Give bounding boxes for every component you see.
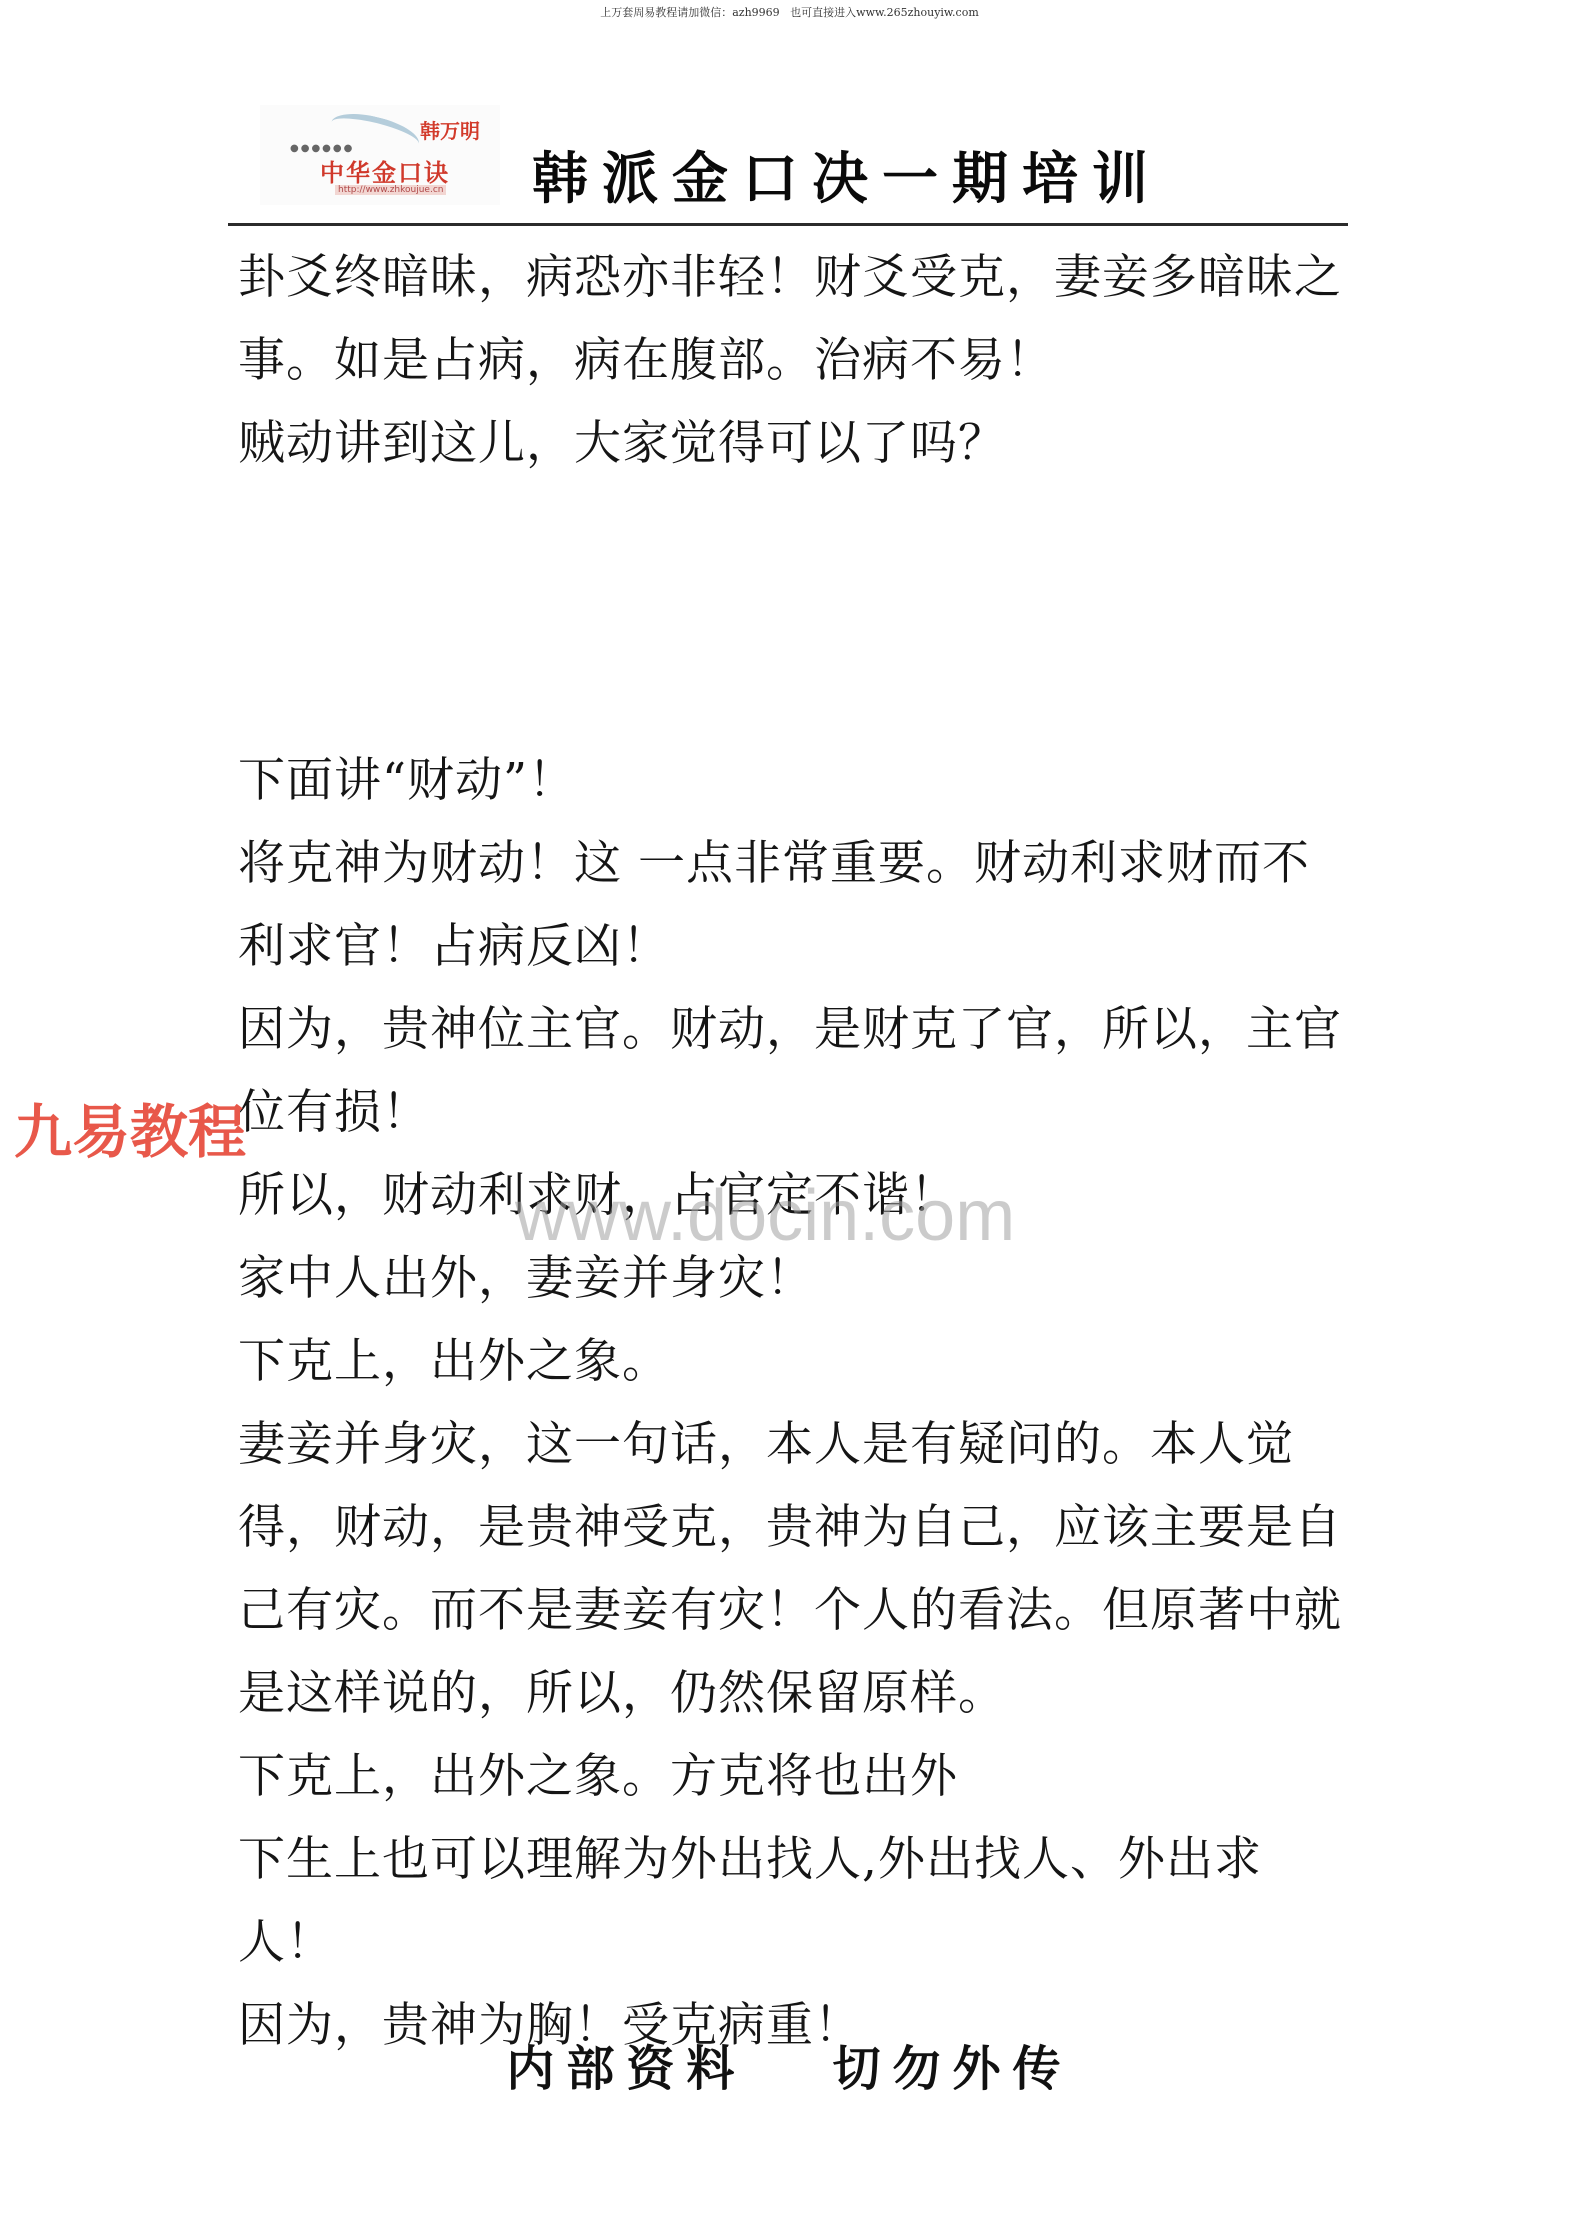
- logo: 韩万明 ●●●●●● 中华金口诀 http://www.zhkoujue.cn: [260, 105, 500, 205]
- paragraph: 卦爻终暗昧，病恐亦非轻！财爻受克，妻妾多暗昧之事。如是占病，病在腹部。治病不易！: [238, 236, 1353, 402]
- document-header: 韩万明 ●●●●●● 中华金口诀 http://www.zhkoujue.cn …: [230, 95, 1348, 220]
- paragraph: 妻妾并身灾，这一句话，本人是有疑问的。本人觉得，财动，是贵神受克，贵神为自己，应…: [238, 1403, 1353, 1735]
- jiuyi-watermark: 九易教程: [14, 1085, 246, 1169]
- logo-title: 中华金口诀: [320, 153, 450, 188]
- header-divider: [228, 223, 1348, 226]
- logo-author: 韩万明: [420, 115, 480, 144]
- document-body: 卦爻终暗昧，病恐亦非轻！财爻受克，妻妾多暗昧之事。如是占病，病在腹部。治病不易！…: [238, 236, 1353, 2067]
- course-title: 韩派金口决一期培训: [532, 135, 1162, 215]
- paragraph: 下生上也可以理解为外出找人,外出找人、外出求人！: [238, 1818, 1353, 1984]
- logo-url: http://www.zhkoujue.cn: [335, 185, 446, 195]
- top-banner-ad: 上万套周易教程请加微信：azh9969 也可直接进入www.265zhouyiw…: [0, 4, 1579, 20]
- paragraph: 下面讲“财动”！: [238, 739, 1353, 822]
- paragraph: 下克上，出外之象。方克将也出外: [238, 1735, 1353, 1818]
- blank-space: [238, 485, 1353, 739]
- paragraph: 因为，贵神位主官。财动，是财克了官，所以，主官位有损！: [238, 988, 1353, 1154]
- paragraph: 将克神为财动！这 一点非常重要。财动利求财而不利求官！占病反凶！: [238, 822, 1353, 988]
- paragraph: 下克上，出外之象。: [238, 1320, 1353, 1403]
- confidential-footer: 内部资料 切勿外传: [0, 2030, 1579, 2099]
- docin-watermark: www.docin.com: [515, 1175, 1015, 1257]
- paragraph: 贼动讲到这儿，大家觉得可以了吗？: [238, 402, 1353, 485]
